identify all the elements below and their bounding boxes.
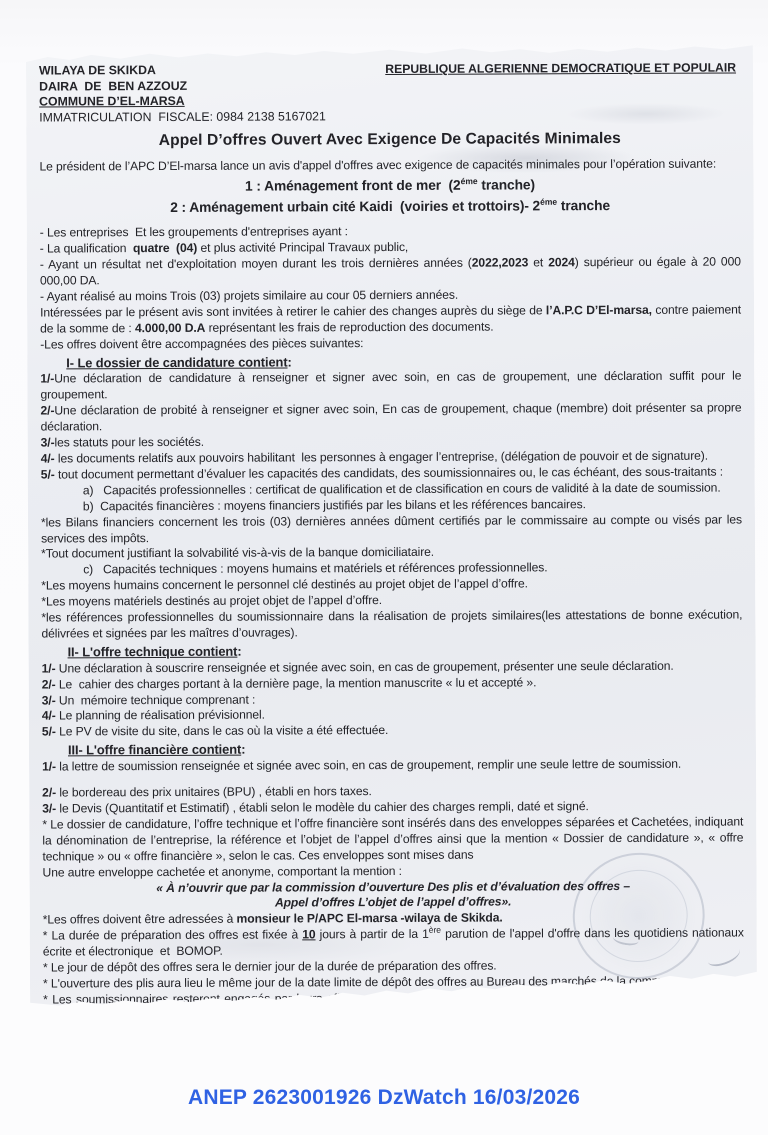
doc-line: DAIRA DE BEN AZZOUZ: [39, 78, 326, 95]
doc-line: 2/-Une déclaration de probité à renseign…: [40, 401, 741, 436]
doc-line: WILAYA DE SKIKDA: [39, 62, 326, 79]
document-header: WILAYA DE SKIKDADAIRA DE BEN AZZOUZCOMMU…: [39, 60, 740, 125]
doc-line: 1 : Aménagement front de mer (2éme tranc…: [39, 176, 740, 197]
doc-line: 2 : Aménagement urbain cité Kaidi (voiri…: [40, 197, 741, 218]
doc-line: 1/- la lettre de soumission renseignée e…: [42, 757, 743, 776]
header-left: WILAYA DE SKIKDADAIRA DE BEN AZZOUZCOMMU…: [39, 62, 326, 126]
doc-line: II- L'offre technique contient:: [42, 641, 743, 660]
doc-line: I- Le dossier de candidature contient:: [40, 352, 741, 371]
doc-line: IMMATRICULATION FISCALE: 0984 2138 51670…: [39, 109, 326, 126]
scanned-document-page: WILAYA DE SKIKDADAIRA DE BEN AZZOUZCOMMU…: [26, 42, 757, 1007]
doc-line: *les références professionnelles du soum…: [41, 608, 742, 643]
doc-line: *les Bilans financiers concernent les tr…: [41, 512, 742, 547]
doc-line: Le président de l’APC D’El-marsa lance u…: [39, 157, 740, 176]
header-republic: REPUBLIQUE ALGERIENNE DEMOCRATIQUE ET PO…: [385, 60, 740, 76]
page-title: Appel D’offres Ouvert Avec Exigence De C…: [39, 130, 740, 151]
publication-footer: ANEP 2623001926 DzWatch 16/03/2026: [0, 1086, 768, 1110]
doc-line: -Les offres doivent être accompagnées de…: [40, 334, 741, 353]
doc-line: COMMUNE D’EL-MARSA: [39, 93, 326, 110]
doc-line: III- L'offre financière contient:: [42, 740, 743, 759]
doc-line: * Les soumissionnaires resteront engagés…: [43, 989, 744, 1024]
doc-line: 5/- Le PV de visite du site, dans le cas…: [42, 722, 743, 741]
doc-line: 1/-Une déclaration de candidature à rens…: [40, 369, 741, 404]
doc-line: 1/- Une déclaration à souscrire renseign…: [42, 658, 743, 677]
doc-line: - Ayant un résultat net d'exploitation m…: [40, 255, 741, 290]
doc-line: Intéressées par le présent avis sont inv…: [40, 302, 741, 337]
doc-line: a) Capacités professionnelles : certific…: [41, 480, 742, 499]
